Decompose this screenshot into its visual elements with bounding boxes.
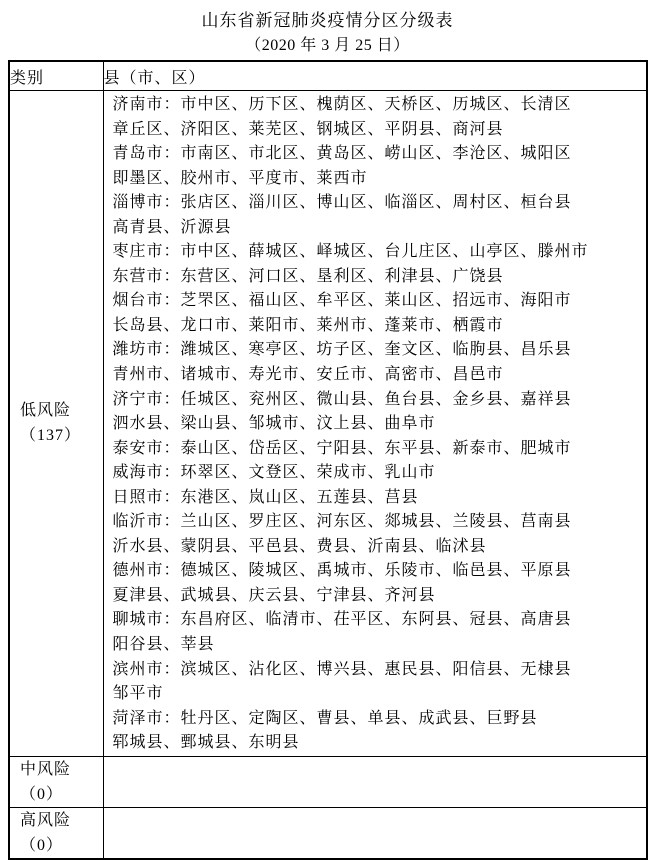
county-line: 章丘区、济阳区、莱芜区、钢城区、平阴县、商河县 xyxy=(113,118,643,143)
category-cell-medium-risk: 中风险 （0） xyxy=(9,756,103,807)
county-line: 泗水县、梁山县、邹城市、汶上县、曲阜市 xyxy=(113,412,643,437)
category-label-high-risk: 高风险 xyxy=(20,808,103,833)
row-low-risk: 低风险 （137） 济南市：市中区、历下区、槐荫区、天桥区、历城区、长清区 章丘… xyxy=(9,91,647,757)
county-line: 郓城县、鄄城县、东明县 xyxy=(113,731,643,756)
table-header-row: 类别 县（市、区） xyxy=(9,61,647,91)
county-line: 夏津县、武城县、庆云县、宁津县、齐河县 xyxy=(113,584,643,609)
county-line: 邹平市 xyxy=(113,682,643,707)
county-list-cell-high-risk xyxy=(103,807,647,859)
county-line: 阳谷县、莘县 xyxy=(113,633,643,658)
category-label-low-risk: 低风险 xyxy=(20,398,103,423)
category-label-medium-risk: 中风险 xyxy=(20,757,103,782)
page-subtitle: （2020 年 3 月 25 日） xyxy=(0,34,655,58)
county-list-cell-low-risk: 济南市：市中区、历下区、槐荫区、天桥区、历城区、长清区 章丘区、济阳区、莱芜区、… xyxy=(103,91,647,757)
county-line: 即墨区、胶州市、平度市、莱西市 xyxy=(113,167,643,192)
county-line: 日照市：东港区、岚山区、五莲县、莒县 xyxy=(113,486,643,511)
county-line: 潍坊市：潍城区、寒亭区、坊子区、奎文区、临朐县、昌乐县 xyxy=(113,338,643,363)
header-cell-category: 类别 xyxy=(9,61,103,91)
county-line: 泰安市：泰山区、岱岳区、宁阳县、东平县、新泰市、肥城市 xyxy=(113,437,643,462)
county-line: 聊城市：东昌府区、临清市、茌平区、东阿县、冠县、高唐县 xyxy=(113,608,643,633)
header-cell-counties: 县（市、区） xyxy=(103,61,647,91)
county-line: 临沂市：兰山区、罗庄区、河东区、郯城县、兰陵县、莒南县 xyxy=(113,510,643,535)
county-line: 高青县、沂源县 xyxy=(113,216,643,241)
row-high-risk: 高风险 （0） xyxy=(9,807,647,859)
category-cell-low-risk: 低风险 （137） xyxy=(9,91,103,757)
county-line: 枣庄市：市中区、薛城区、峄城区、台儿庄区、山亭区、滕州市 xyxy=(113,240,643,265)
county-line: 烟台市：芝罘区、福山区、牟平区、莱山区、招远市、海阳市 xyxy=(113,289,643,314)
county-line: 东营市：东营区、河口区、垦利区、利津县、广饶县 xyxy=(113,265,643,290)
county-line: 威海市：环翠区、文登区、荣成市、乳山市 xyxy=(113,461,643,486)
classification-table: 类别 县（市、区） 低风险 （137） 济南市：市中区、历下区、槐荫区、天桥区、… xyxy=(8,60,648,860)
county-line: 淄博市：张店区、淄川区、博山区、临淄区、周村区、桓台县 xyxy=(113,191,643,216)
category-count-high-risk: （0） xyxy=(20,833,103,858)
county-line: 青岛市：市南区、市北区、黄岛区、崂山区、李沧区、城阳区 xyxy=(113,142,643,167)
county-list-cell-medium-risk xyxy=(103,756,647,807)
county-line: 济宁市：任城区、兖州区、微山县、鱼台县、金乡县、嘉祥县 xyxy=(113,388,643,413)
county-line: 长岛县、龙口市、莱阳市、莱州市、蓬莱市、栖霞市 xyxy=(113,314,643,339)
category-count-medium-risk: （0） xyxy=(20,782,103,807)
county-line: 沂水县、蒙阴县、平邑县、费县、沂南县、临沭县 xyxy=(113,535,643,560)
page-title: 山东省新冠肺炎疫情分区分级表 xyxy=(0,9,655,33)
category-cell-high-risk: 高风险 （0） xyxy=(9,807,103,859)
row-medium-risk: 中风险 （0） xyxy=(9,756,647,807)
county-line: 德州市：德城区、陵城区、禹城市、乐陵市、临邑县、平原县 xyxy=(113,559,643,584)
county-line: 滨州市：滨城区、沾化区、博兴县、惠民县、阳信县、无棣县 xyxy=(113,658,643,683)
county-line: 菏泽市：牡丹区、定陶区、曹县、单县、成武县、巨野县 xyxy=(113,707,643,732)
county-line: 济南市：市中区、历下区、槐荫区、天桥区、历城区、长清区 xyxy=(113,93,643,118)
county-line: 青州市、诸城市、寿光市、安丘市、高密市、昌邑市 xyxy=(113,363,643,388)
category-count-low-risk: （137） xyxy=(20,423,103,448)
